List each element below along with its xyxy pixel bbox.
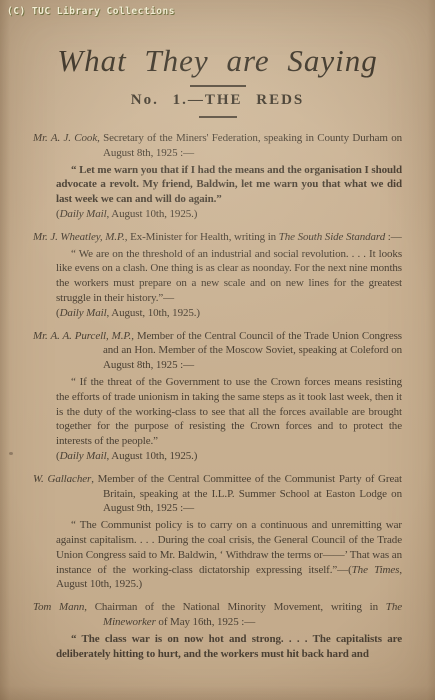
text: “ We are on the threshold of an industri… bbox=[56, 248, 402, 304]
italic-text: The South Side Standard bbox=[279, 231, 385, 243]
subtitle-rule bbox=[199, 116, 237, 118]
entry-quote: “ Let me warn you that if I had the mean… bbox=[56, 163, 402, 207]
text: :— bbox=[385, 231, 402, 243]
watermark: (C) TUC Library Collections bbox=[7, 6, 175, 17]
page-title: What They are Saying bbox=[10, 43, 425, 79]
entry: Mr. A. A. Purcell, M.P., Member of the C… bbox=[33, 329, 402, 464]
text: “ The Communist policy is to carry on a … bbox=[56, 519, 402, 575]
entry-citation: (Daily Mail, August 10th, 1925.) bbox=[56, 207, 402, 222]
entry-attribution: Mr. J. Wheatley, M.P., Ex-Minister for H… bbox=[33, 230, 402, 245]
entry-attribution: Mr. A. A. Purcell, M.P., Member of the C… bbox=[33, 329, 402, 373]
entry: Mr. A. J. Cook, Secretary of the Miners'… bbox=[33, 131, 402, 222]
entry: Tom Mann, Chairman of the National Minor… bbox=[33, 600, 402, 661]
text: , August 10th, 1925.) bbox=[107, 450, 198, 462]
entry-attribution: W. Gallacher, Member of the Central Comm… bbox=[33, 472, 402, 516]
italic-text: Mr. A. A. Purcell, M.P. bbox=[33, 330, 131, 342]
text: , Chairman of the National Minority Move… bbox=[84, 601, 386, 613]
title-rule bbox=[190, 85, 246, 87]
entry: Mr. J. Wheatley, M.P., Ex-Minister for H… bbox=[33, 230, 402, 321]
italic-text: Daily Mail bbox=[60, 208, 107, 220]
text: “ The class war is on now hot and strong… bbox=[56, 633, 402, 660]
text: , Member of the Central Committee of the… bbox=[91, 473, 402, 515]
text: “ Let me warn you that if I had the mean… bbox=[56, 164, 402, 206]
entry-citation: (Daily Mail, August, 10th, 1925.) bbox=[56, 306, 402, 321]
entry-attribution: Tom Mann, Chairman of the National Minor… bbox=[33, 600, 402, 630]
entry-quote: “ If the threat of the Government to use… bbox=[56, 375, 402, 449]
text: , Secretary of the Miners' Federation, s… bbox=[97, 132, 402, 159]
italic-text: Mr. J. Wheatley, M.P. bbox=[33, 231, 125, 243]
text: of May 16th, 1925 :— bbox=[156, 616, 255, 628]
entry: W. Gallacher, Member of the Central Comm… bbox=[33, 472, 402, 592]
text: , August 10th, 1925.) bbox=[107, 208, 198, 220]
text: “ If the threat of the Government to use… bbox=[56, 376, 402, 447]
page-subtitle: No. 1.—THE REDS bbox=[0, 92, 435, 109]
entries: Mr. A. J. Cook, Secretary of the Miners'… bbox=[33, 131, 402, 661]
ink-speck bbox=[9, 452, 13, 455]
text: , Member of the Central Council of the T… bbox=[103, 330, 402, 372]
italic-text: Daily Mail bbox=[60, 450, 107, 462]
italic-text: The Times bbox=[352, 564, 400, 576]
document-page: What They are Saying No. 1.—THE REDS Mr.… bbox=[0, 43, 435, 661]
italic-text: W. Gallacher bbox=[33, 473, 91, 485]
italic-text: Tom Mann bbox=[33, 601, 84, 613]
text: , August, 10th, 1925.) bbox=[107, 307, 200, 319]
italic-text: Daily Mail bbox=[60, 307, 107, 319]
italic-text: Mr. A. J. Cook bbox=[33, 132, 97, 144]
entry-attribution: Mr. A. J. Cook, Secretary of the Miners'… bbox=[33, 131, 402, 161]
entry-citation: (Daily Mail, August 10th, 1925.) bbox=[56, 449, 402, 464]
text: , Ex-Minister for Health, writing in bbox=[125, 231, 279, 243]
entry-quote: “ We are on the threshold of an industri… bbox=[56, 247, 402, 306]
entry-quote: “ The class war is on now hot and strong… bbox=[56, 632, 402, 662]
entry-quote: “ The Communist policy is to carry on a … bbox=[56, 518, 402, 592]
